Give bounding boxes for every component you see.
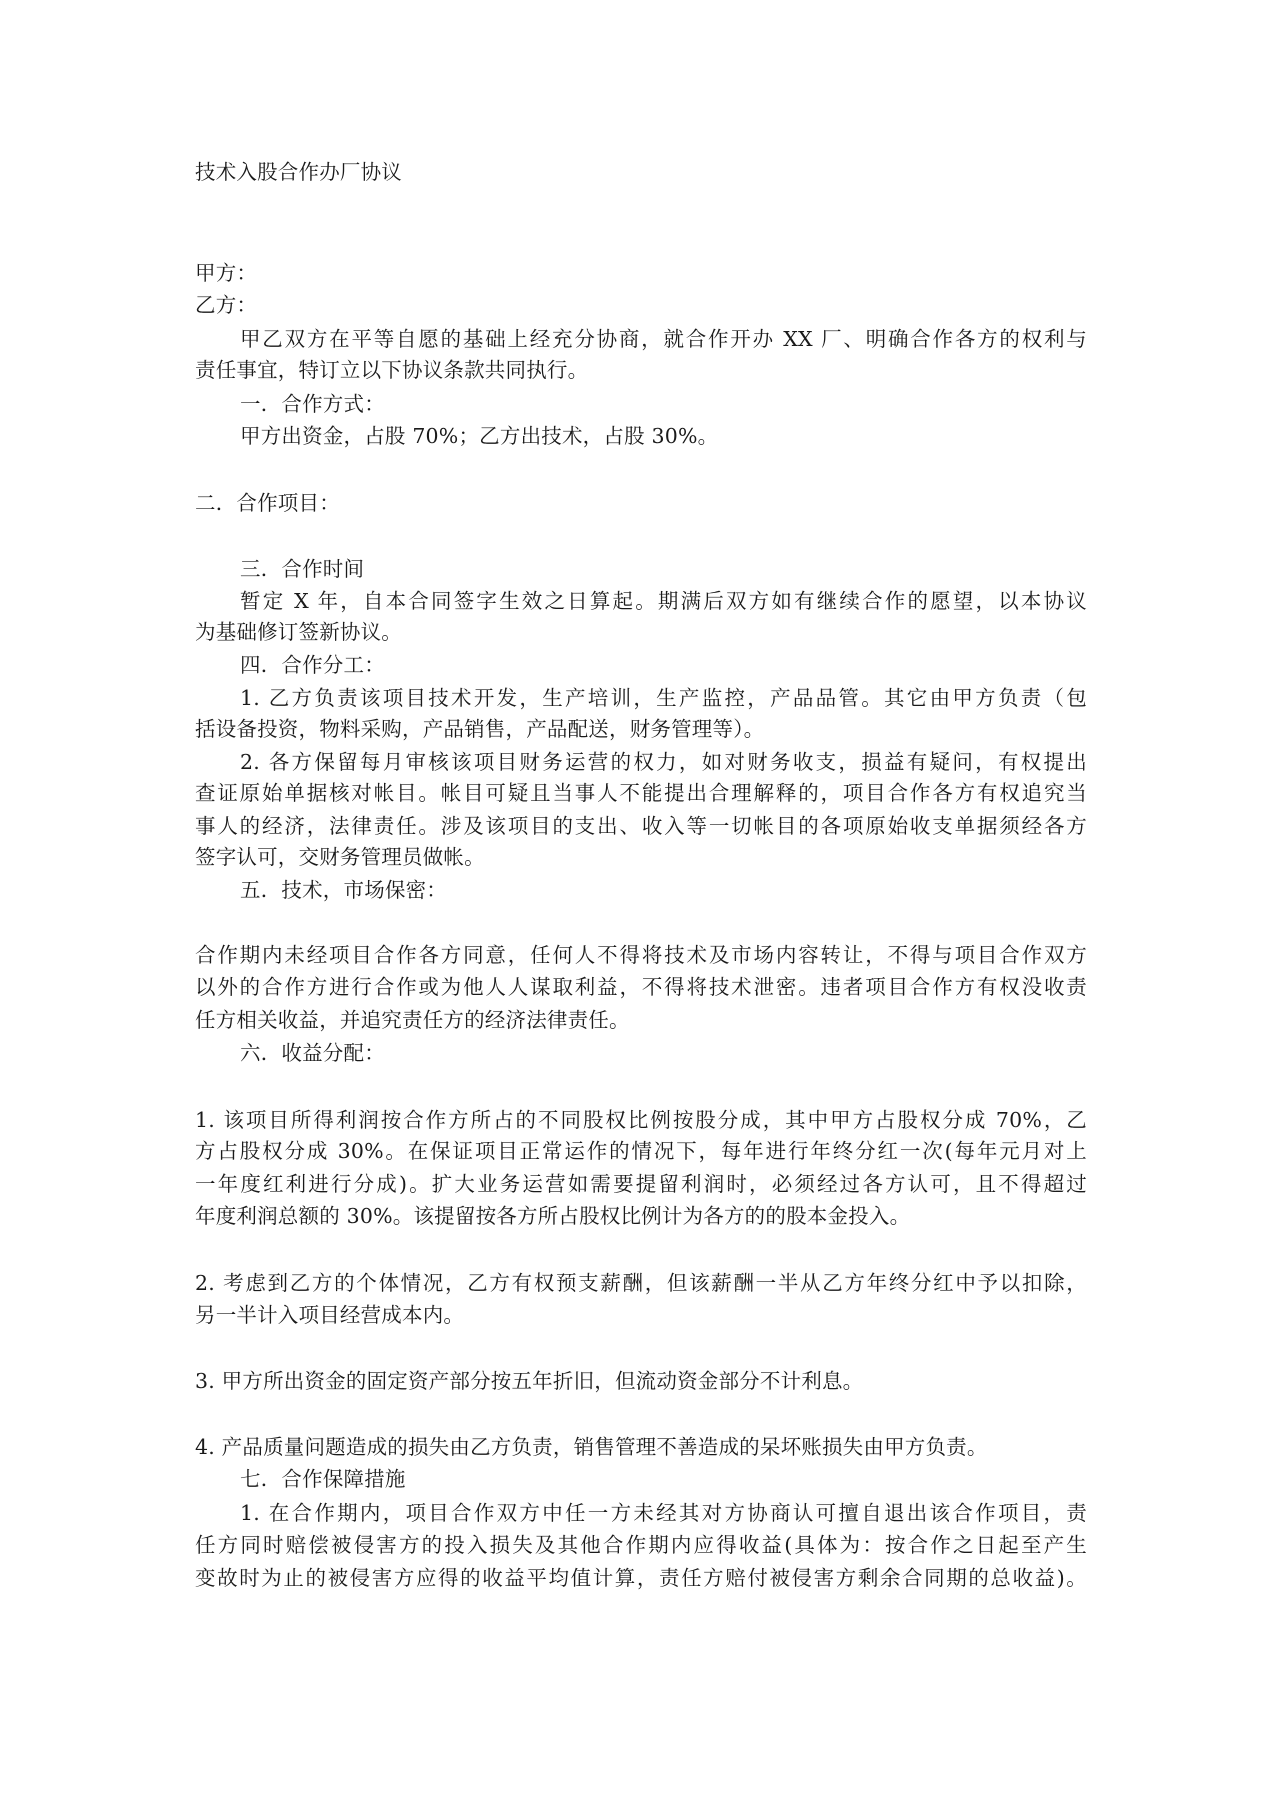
document-title: 技术入股合作办厂协议 bbox=[195, 156, 1087, 188]
section-4-item-2: 签字认可，交财务管理员做帐。 bbox=[195, 841, 1087, 873]
document-page: 技术入股合作办厂协议 甲方： 乙方： 甲乙双方在平等自愿的基础上经充分协商，就合… bbox=[0, 0, 1280, 1811]
section-5-text: 合作期内未经项目合作各方同意，任何人不得将技术及市场内容转让，不得与项目合作双方 bbox=[195, 939, 1087, 971]
section-heading-2: 二．合作项目： bbox=[195, 487, 1087, 519]
section-4-item-2: 查证原始单据核对帐目。帐目可疑且当事人不能提出合理解释的，项目合作各方有权追究当 bbox=[195, 777, 1087, 809]
section-6-item-2: 另一半计入项目经营成本内。 bbox=[195, 1299, 1087, 1331]
section-6-item-4: 4. 产品质量问题造成的损失由乙方负责，销售管理不善造成的呆坏账损失由甲方负责。 bbox=[195, 1431, 1087, 1463]
preamble-line: 甲乙双方在平等自愿的基础上经充分协商，就合作开办 XX 厂、明确合作各方的权利与 bbox=[240, 323, 1087, 355]
section-heading-7: 七．合作保障措施 bbox=[240, 1463, 1087, 1495]
section-6-item-1: 一年度红利进行分成)。扩大业务运营如需要提留利润时，必须经过各方认可，且不得超过 bbox=[195, 1168, 1087, 1200]
section-heading-3: 三．合作时间 bbox=[240, 553, 1087, 585]
section-5-text: 任方相关收益，并追究责任方的经济法律责任。 bbox=[195, 1004, 1087, 1036]
section-heading-5: 五．技术，市场保密： bbox=[240, 874, 1087, 906]
section-1-text: 甲方出资金，占股 70%；乙方出技术，占股 30%。 bbox=[240, 420, 1087, 452]
section-4-item-1: 括设备投资，物料采购，产品销售，产品配送，财务管理等）。 bbox=[195, 713, 1087, 745]
section-4-item-1: 1. 乙方负责该项目技术开发，生产培训，生产监控，产品品管。其它由甲方负责（包 bbox=[240, 682, 1087, 714]
section-7-item-1: 变故时为止的被侵害方应得的收益平均值计算，责任方赔付被侵害方剩余合同期的总收益)… bbox=[195, 1562, 1087, 1594]
section-3-text: 为基础修订签新协议。 bbox=[195, 616, 1087, 648]
section-6-item-2: 2. 考虑到乙方的个体情况，乙方有权预支薪酬，但该薪酬一半从乙方年终分红中予以扣… bbox=[195, 1267, 1087, 1299]
section-6-item-1: 1. 该项目所得利润按合作方所占的不同股权比例按股分成，其中甲方占股权分成 70… bbox=[195, 1104, 1087, 1136]
section-6-item-3: 3. 甲方所出资金的固定资产部分按五年折旧，但流动资金部分不计利息。 bbox=[195, 1365, 1087, 1397]
section-heading-6: 六．收益分配： bbox=[240, 1037, 1087, 1069]
section-6-item-1: 方占股权分成 30%。在保证项目正常运作的情况下，每年进行年终分红一次(每年元月… bbox=[195, 1135, 1087, 1167]
section-3-text: 暂定 X 年，自本合同签字生效之日算起。期满后双方如有继续合作的愿望，以本协议 bbox=[240, 585, 1087, 617]
section-7-item-1: 任方同时赔偿被侵害方的投入损失及其他合作期内应得收益(具体为：按合作之日起至产生 bbox=[195, 1529, 1087, 1561]
section-4-item-2: 2. 各方保留每月审核该项目财务运营的权力，如对财务收支，损益有疑问，有权提出 bbox=[240, 746, 1087, 778]
section-7-item-1: 1. 在合作期内，项目合作双方中任一方未经其对方协商认可擅自退出该合作项目，责 bbox=[240, 1497, 1087, 1529]
section-6-item-1: 年度利润总额的 30%。该提留按各方所占股权比例计为各方的的股本金投入。 bbox=[195, 1200, 1087, 1232]
party-a-label: 甲方： bbox=[195, 257, 1087, 289]
section-heading-1: 一．合作方式： bbox=[240, 388, 1087, 420]
section-heading-4: 四．合作分工： bbox=[240, 649, 1087, 681]
section-5-text: 以外的合作方进行合作或为他人人谋取利益，不得将技术泄密。违者项目合作方有权没收责 bbox=[195, 971, 1087, 1003]
party-b-label: 乙方： bbox=[195, 289, 1087, 321]
preamble-line: 责任事宜，特订立以下协议条款共同执行。 bbox=[195, 354, 1087, 386]
section-4-item-2: 事人的经济，法律责任。涉及该项目的支出、收入等一切帐目的各项原始收支单据须经各方 bbox=[195, 810, 1087, 842]
